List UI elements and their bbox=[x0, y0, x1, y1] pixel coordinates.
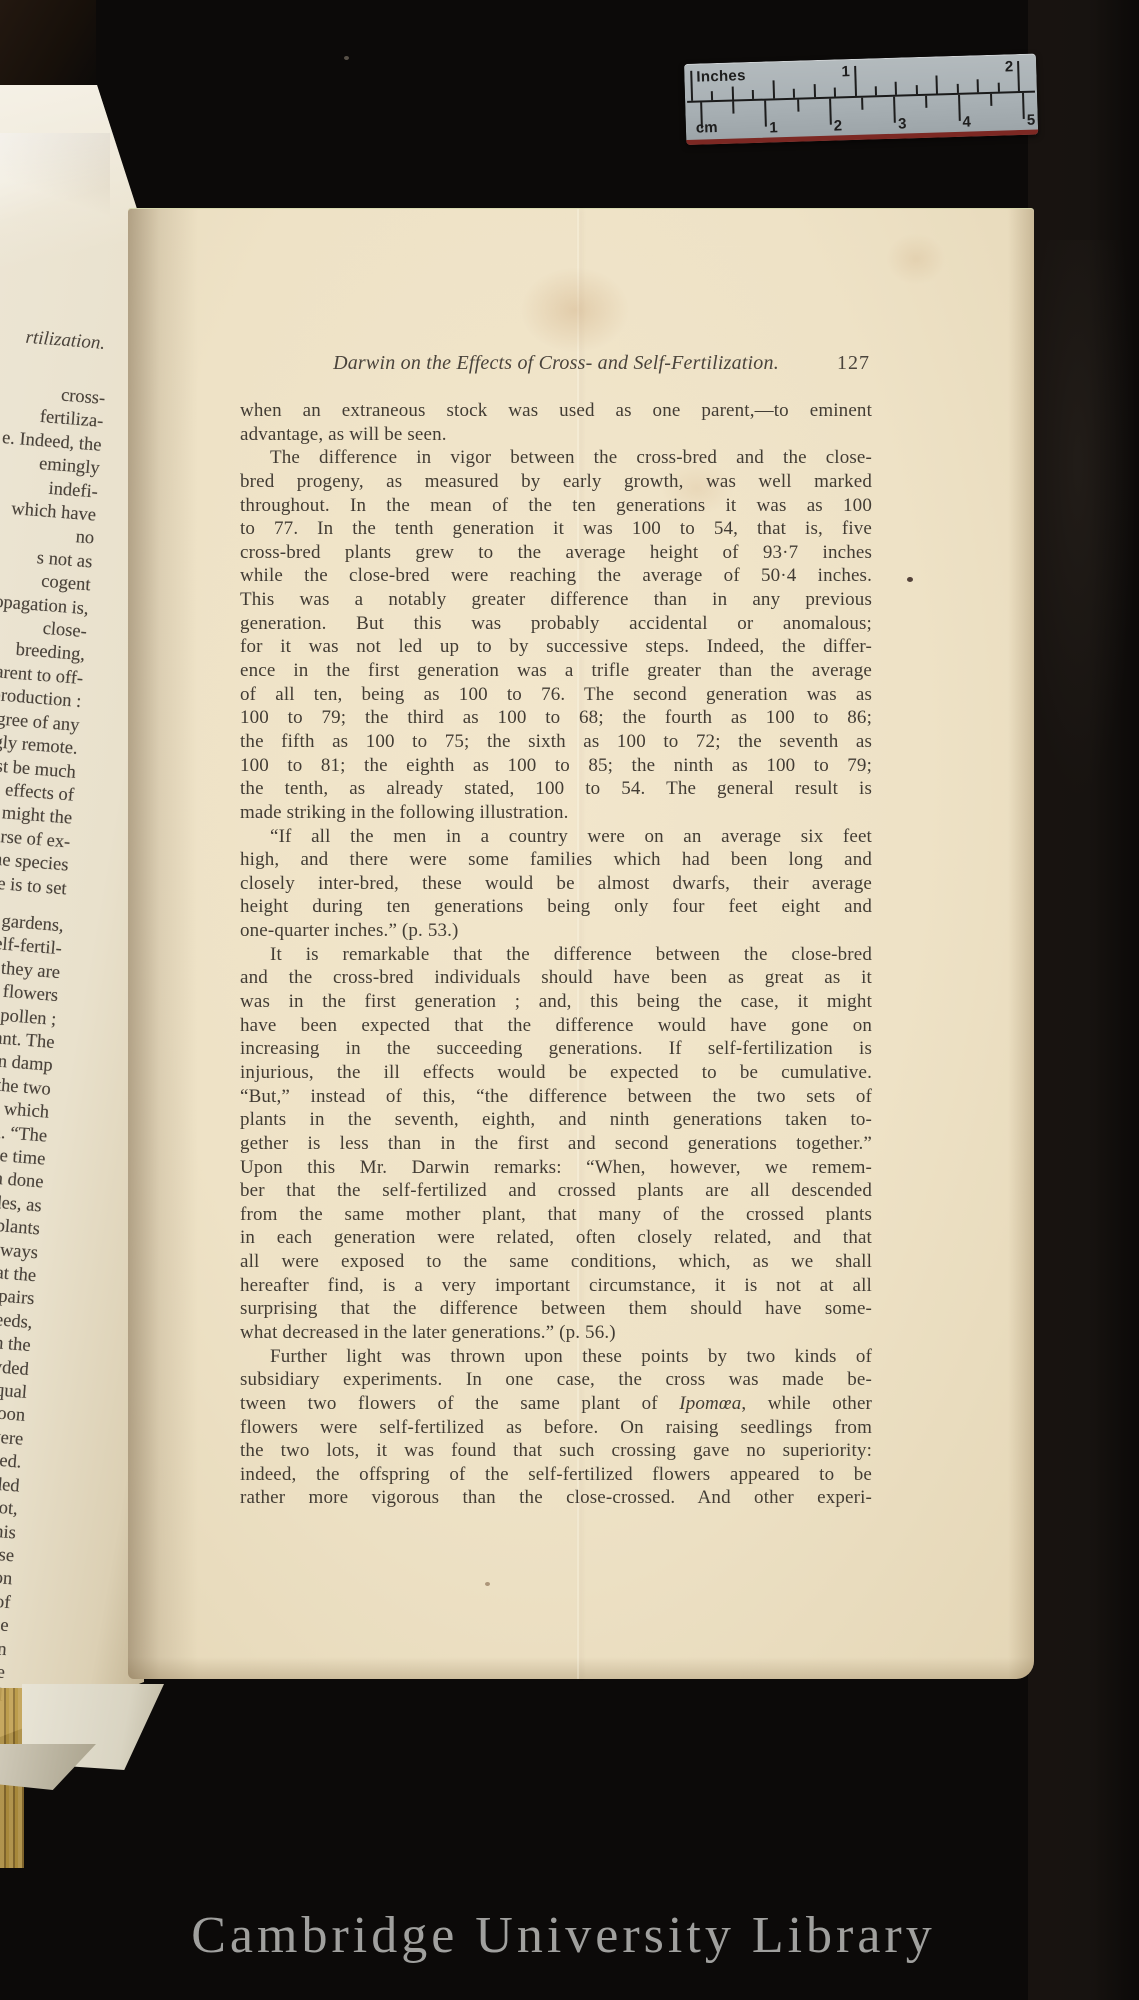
ruler-tick bbox=[765, 101, 768, 127]
page-bottom-shadow bbox=[128, 1657, 1034, 1679]
ruler-tick bbox=[893, 97, 896, 123]
ruler-tick bbox=[977, 79, 979, 92]
text-line: the two lots, it was found that such cro… bbox=[240, 1439, 872, 1463]
text-line: plants in the seventh, eighth, and ninth… bbox=[240, 1108, 872, 1132]
ruler-tick bbox=[700, 102, 703, 128]
text-line: subsidiary experiments. In one case, the… bbox=[240, 1368, 872, 1392]
text-line: hereafter find, is a very important circ… bbox=[240, 1274, 872, 1298]
italic-term: Ipomœa bbox=[679, 1393, 741, 1414]
text-line: the fifth as 100 to 75; the sixth as 100… bbox=[240, 730, 872, 754]
left-page-text-fragments: cross-fertiliza-e. Indeed, theemingly in… bbox=[0, 380, 106, 1732]
text-line: The difference in vigor between the cros… bbox=[240, 446, 872, 470]
book-page: Darwin on the Effects of Cross- and Self… bbox=[128, 208, 1034, 1679]
ruler-inch-number: 2 bbox=[1001, 58, 1013, 75]
text-line: when an extraneous stock was used as one… bbox=[240, 399, 872, 423]
ruler-tick bbox=[916, 85, 918, 94]
ruler-tick bbox=[1017, 61, 1020, 91]
dust-speck bbox=[344, 56, 349, 60]
library-watermark: Cambridge University Library bbox=[0, 1906, 1133, 1965]
ruler-tick bbox=[861, 98, 863, 110]
ruler-inches-label: Inches bbox=[696, 67, 746, 85]
text-line: in each generation were related, often c… bbox=[240, 1226, 872, 1250]
text-line: height during ten generations being only… bbox=[240, 895, 872, 919]
ruler-tick bbox=[997, 83, 999, 92]
ruler-tick bbox=[797, 100, 799, 112]
text-line: 100 to 79; the third as 100 to 68; the f… bbox=[240, 706, 872, 730]
ruler-tick bbox=[732, 87, 734, 100]
text-line: high, and there were some families which… bbox=[240, 848, 872, 872]
left-fragment-line: were measured. bbox=[0, 1420, 24, 1475]
ruler-tick bbox=[813, 84, 815, 97]
text-line: tween two flowers of the same plant of I… bbox=[240, 1392, 872, 1416]
text-line: from the same mother plant, that many of… bbox=[240, 1203, 872, 1227]
ruler-cm-number: 1 bbox=[769, 119, 778, 136]
text-line: This was a notably greater difference th… bbox=[240, 588, 872, 612]
ruler-cm-label: cm bbox=[696, 119, 718, 137]
text-line: advantage, as will be seen. bbox=[240, 423, 872, 447]
paper-stain bbox=[520, 267, 630, 353]
ruler-red-edge bbox=[686, 130, 1038, 145]
left-fragment-line: o stigma of the bbox=[0, 1584, 11, 1639]
ruler-tick bbox=[936, 75, 939, 93]
text-line: throughout. In the mean of the ten gener… bbox=[240, 494, 872, 518]
left-page-running-header: rtilization. bbox=[0, 325, 106, 355]
spine-shadow bbox=[128, 209, 198, 1679]
ruler-tick bbox=[990, 94, 992, 106]
text-line: all were exposed to the same conditions,… bbox=[240, 1250, 872, 1274]
left-fragment-line: s not as cogent bbox=[0, 543, 93, 598]
ruler-tick bbox=[958, 95, 961, 121]
ruler-tick bbox=[956, 84, 958, 93]
text-line: while the close-bred were reaching the a… bbox=[240, 564, 872, 588]
text-line: Further light was thrown upon these poin… bbox=[240, 1345, 872, 1369]
ruler-tick bbox=[925, 96, 927, 108]
text-line: of all ten, being as 100 to 76. The seco… bbox=[240, 683, 872, 707]
text-line: surprising that the difference between t… bbox=[240, 1297, 872, 1321]
text-line: to 77. In the tenth generation it was 10… bbox=[240, 517, 872, 541]
black-backdrop-right bbox=[1028, 0, 1139, 2000]
text-line: ence in the first generation was a trifl… bbox=[240, 659, 872, 683]
left-fragment-line: emingly indefi- bbox=[0, 450, 100, 505]
text-line: bred progeny, as measured by early growt… bbox=[240, 470, 872, 494]
ruler-tick bbox=[711, 91, 713, 100]
text-line: ber that the self-fertilized and crossed… bbox=[240, 1179, 872, 1203]
ruler-tick bbox=[854, 66, 857, 96]
running-header-title: Darwin on the Effects of Cross- and Self… bbox=[240, 352, 872, 375]
text-line: for it was not led up to by successive s… bbox=[240, 635, 872, 659]
ruler-cm-number: 3 bbox=[898, 115, 907, 132]
text-line: 100 to 81; the eighth as 100 to 85; the … bbox=[240, 754, 872, 778]
left-fragment-line: ne crowded pot, bbox=[0, 1467, 20, 1522]
left-fragment-line: ose fertilization bbox=[0, 1537, 15, 1592]
text-line: was in the first generation ; and, this … bbox=[240, 990, 872, 1014]
ruler-tick bbox=[690, 71, 693, 101]
ruler-tick bbox=[895, 82, 897, 95]
ruler-tick bbox=[793, 89, 795, 98]
left-fragment-line: close-breeding, bbox=[0, 613, 88, 668]
text-line: injurious, the ill effects would be expe… bbox=[240, 1061, 872, 1085]
text-line: increasing in the succeeding generations… bbox=[240, 1037, 872, 1061]
ruler-tick bbox=[875, 86, 877, 95]
ink-speck bbox=[485, 1582, 490, 1586]
text-line: closely inter-bred, these would be almos… bbox=[240, 872, 872, 896]
running-header: Darwin on the Effects of Cross- and Self… bbox=[240, 352, 872, 380]
ruler-tick bbox=[752, 90, 754, 99]
ruler-tick bbox=[829, 99, 832, 125]
ink-speck bbox=[907, 577, 913, 582]
book-spine-top bbox=[0, 0, 96, 92]
body-text: when an extraneous stock was used as one… bbox=[240, 399, 872, 1510]
ruler-cm-number: 5 bbox=[1027, 112, 1036, 129]
left-fragment-line: s in successive bbox=[0, 1630, 8, 1685]
page-fold-highlight bbox=[0, 133, 110, 263]
ruler-tick bbox=[834, 88, 836, 97]
text-line: what decreased in the later generations.… bbox=[240, 1321, 872, 1345]
ruler-tick bbox=[1022, 93, 1025, 119]
page-number: 127 bbox=[837, 352, 870, 375]
text-line: rather more vigorous than the close-cros… bbox=[240, 1486, 872, 1510]
page-edge-shadow bbox=[1008, 209, 1034, 1679]
text-line: generation. But this was probably accide… bbox=[240, 612, 872, 636]
text-line: and the cross-bred individuals should ha… bbox=[240, 966, 872, 990]
text-line: “If all the men in a country were on an … bbox=[240, 825, 872, 849]
text-line: gether is less than in the first and sec… bbox=[240, 1132, 872, 1156]
text-line: one-quarter inches.” (p. 53.) bbox=[240, 919, 872, 943]
text-line: cross-bred plants grew to the average he… bbox=[240, 541, 872, 565]
ruler-inch-number: 1 bbox=[838, 63, 850, 80]
ruler-cm-number: 4 bbox=[962, 114, 971, 131]
paper-stain bbox=[886, 233, 946, 285]
ruler-cm-number: 2 bbox=[833, 117, 842, 134]
left-fragment-line: cross-fertiliza- bbox=[0, 380, 106, 435]
text-line: have been expected that the difference w… bbox=[240, 1014, 872, 1038]
ruler: Inches cm 1212345 bbox=[684, 54, 1038, 145]
text-line: indeed, the offspring of the self-fertil… bbox=[240, 1463, 872, 1487]
text-line: Upon this Mr. Darwin remarks: “When, how… bbox=[240, 1156, 872, 1180]
text-line: It is remarkable that the difference bet… bbox=[240, 943, 872, 967]
left-fragment-line: which have no bbox=[0, 496, 97, 551]
text-line: flowers were self-fertilized as before. … bbox=[240, 1416, 872, 1440]
text-line: the tenth, as already stated, 100 to 54.… bbox=[240, 777, 872, 801]
text-line: made striking in the following illustrat… bbox=[240, 801, 872, 825]
text-line: “But,” instead of this, “the difference … bbox=[240, 1085, 872, 1109]
ruler-tick bbox=[732, 102, 734, 114]
ruler-tick bbox=[772, 80, 775, 98]
